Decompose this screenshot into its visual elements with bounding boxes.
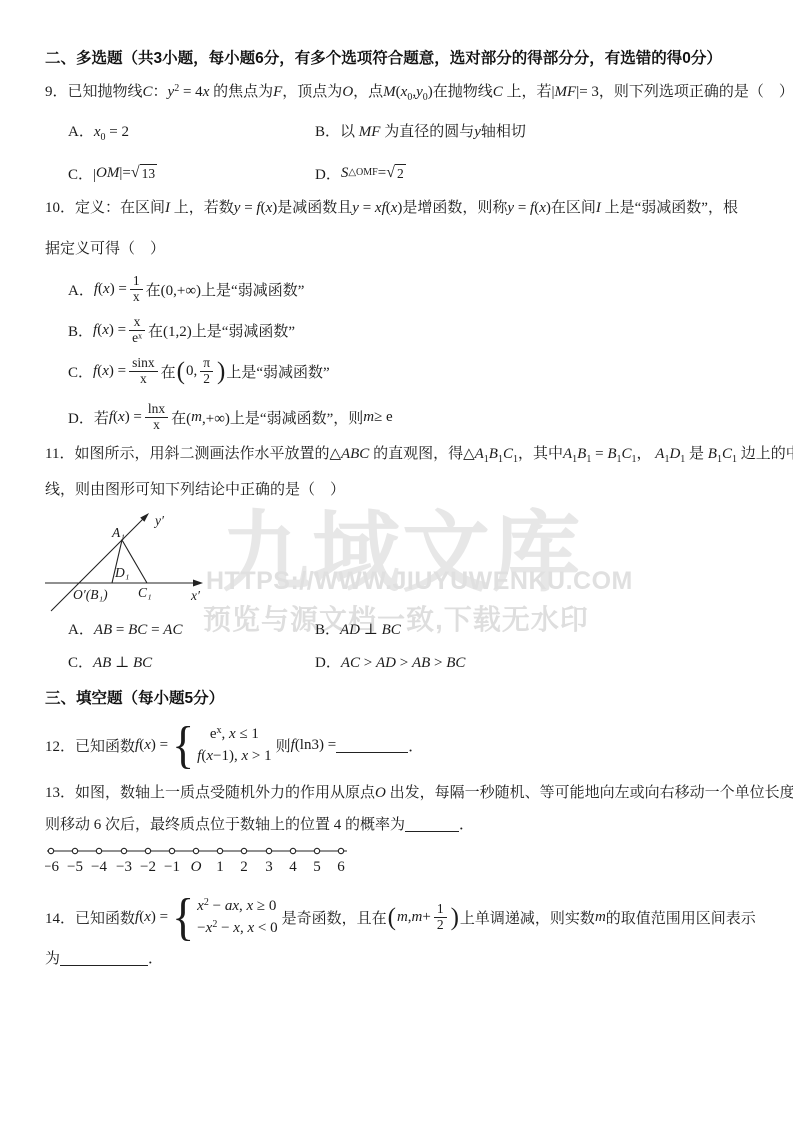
q10-stem-line-1: 10．定义：在区间I 上，若数y = f(x)是减函数且y = xf(x)是增函…: [45, 188, 757, 229]
q10-stem-line-2: 据定义可得（ ）: [45, 229, 757, 270]
svg-text:−3: −3: [116, 859, 132, 875]
q10-option-d: D．若f(x) = lnxx 在(m,+∞)上是“弱减函数”，则m ≥ e: [45, 394, 780, 440]
svg-text:−2: −2: [140, 859, 156, 875]
q13-numberline: −6 −5 −4 −3 −2 −1 O 1 2 3 4 5 6: [45, 842, 357, 876]
svg-text:4: 4: [289, 859, 297, 875]
q13-stem: 13．如图，数轴上一质点受随机外力的作用从原点O 出发，每隔一秒随机、等可能地向…: [45, 777, 757, 841]
q9-option-d: D．S△OMF = √2: [315, 163, 757, 184]
svg-text:−1: −1: [164, 859, 180, 875]
q9-option-b: B．以 MF 为直径的圆与y轴相切: [315, 120, 757, 141]
svg-text:−5: −5: [67, 859, 83, 875]
svg-text:3: 3: [265, 859, 273, 875]
x-axis-arrow-icon: [193, 580, 203, 587]
svg-text:1: 1: [216, 859, 224, 875]
section-3-title: 三、填空题（每小题5分）: [45, 688, 757, 710]
q11-option-b: B．AD ⊥ BC: [315, 618, 757, 639]
svg-text:6: 6: [337, 859, 345, 875]
label-o-b1: O′(B₁): [73, 587, 108, 602]
svg-text:2: 2: [240, 859, 248, 875]
svg-text:5: 5: [313, 859, 321, 875]
q11-stem-line-1: 11．如图所示，用斜二测画法作水平放置的△ABC 的直观图，得△A1B1C1，其…: [45, 436, 757, 472]
q9-options-row-2: C．|OM |=√13 D．S△OMF = √2: [45, 157, 757, 189]
q11-option-d: D．AC > AD > AB > BC: [315, 651, 757, 672]
watermark-url: HTTPS://WWW.JIUYUWENKU.COM: [206, 567, 633, 596]
numberline-labels: −6 −5 −4 −3 −2 −1 O 1 2 3 4 5 6: [45, 859, 345, 875]
q11-options-row-1: A．AB = BC = AC B．AD ⊥ BC: [45, 612, 757, 644]
q14-stem-line-1: 14．已知函数f(x) = {x2 − ax, x ≥ 0−x2 − x, x …: [45, 888, 757, 946]
q10-option-b: B．f(x) = xeˣ在(1,2)上是“弱减函数”: [45, 309, 780, 351]
svg-text:−6: −6: [45, 859, 59, 875]
q9-options-row-1: A．x0 = 2 B．以 MF 为直径的圆与y轴相切: [45, 114, 757, 146]
q11-diagram: A₁ D₁ O′(B₁) C₁ x′ y′: [45, 497, 255, 625]
q11-option-c: C．AB ⊥ BC: [45, 651, 315, 672]
q13-stem-line-1: 13．如图，数轴上一质点受随机外力的作用从原点O 出发，每隔一秒随机、等可能地向…: [45, 777, 757, 809]
q11-option-a: A．AB = BC = AC: [45, 618, 315, 639]
q9-option-a: A．x0 = 2: [45, 120, 315, 141]
label-c1: C₁: [138, 585, 152, 600]
section-2-title: 二、多选题（共3小题，每小题6分，有多个选项符合题意，选对部分的得部分分，有选错…: [45, 48, 757, 70]
q10-stem: 10．定义：在区间I 上，若数y = f(x)是减函数且y = xf(x)是增函…: [45, 188, 757, 270]
q10-option-a: A．f(x) = 1x在(0,+∞)上是“弱减函数”: [45, 268, 780, 310]
exam-page: 九域文库 HTTPS://WWW.JIUYUWENKU.COM 预览与源文档一致…: [0, 0, 793, 1122]
label-a1: A₁: [111, 525, 125, 540]
q14-stem-line-2: 为．: [45, 948, 757, 970]
q10-option-c: C．f(x) = sinxx在(0,π2)上是“弱减函数”: [45, 348, 780, 394]
label-d1: D₁: [114, 565, 129, 580]
label-x-axis: x′: [190, 588, 201, 603]
q13-stem-line-2: 则移动 6 次后，最终质点位于数轴上的位置 4 的概率为．: [45, 809, 757, 841]
label-y-axis: y′: [153, 513, 165, 528]
q9-option-c: C．|OM |=√13: [45, 163, 315, 184]
q11-options-row-2: C．AB ⊥ BC D．AC > AD > AB > BC: [45, 645, 757, 677]
q9-stem: 9．已知抛物线C：y2 = 4x 的焦点为F，顶点为O，点M(x0,y0)在抛物…: [45, 80, 757, 104]
q12-stem: 12．已知函数f(x) = {ex, x ≤ 1f(x−1), x > 1则f(…: [45, 716, 757, 774]
svg-text:O: O: [191, 859, 202, 875]
svg-text:−4: −4: [91, 859, 107, 875]
